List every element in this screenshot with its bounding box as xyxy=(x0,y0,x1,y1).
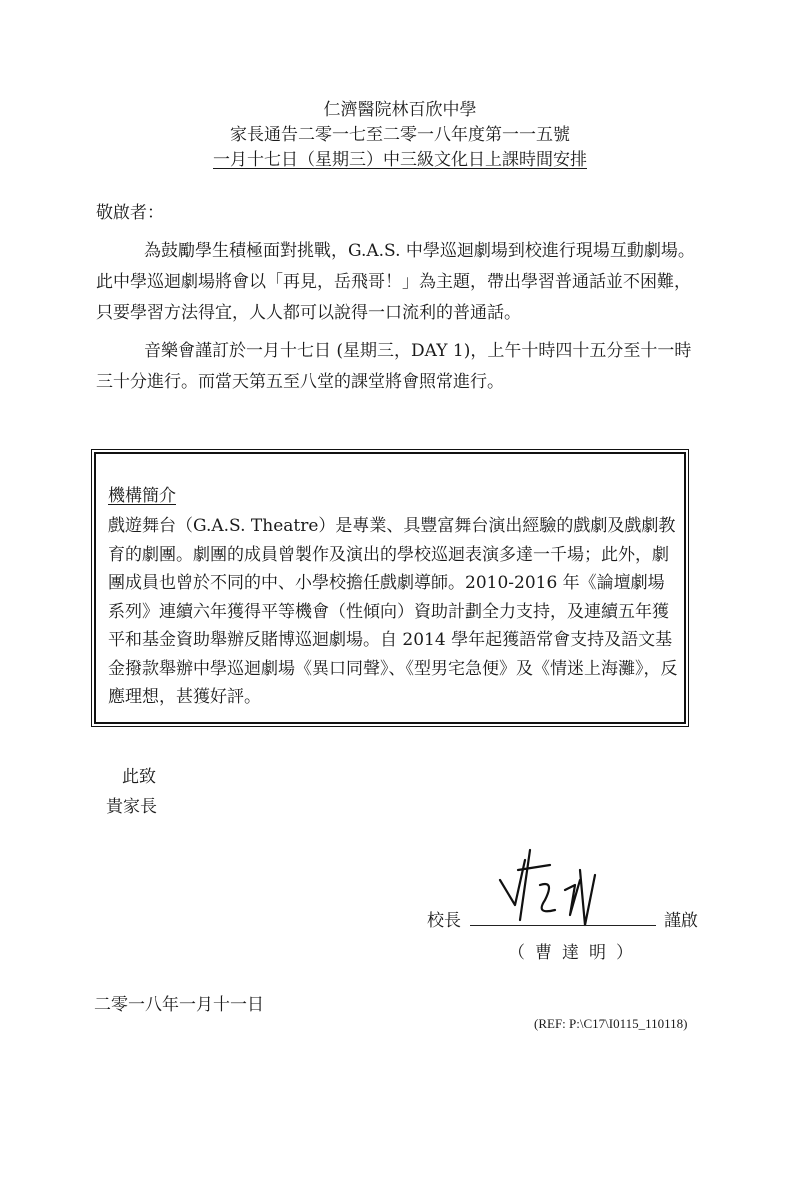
info-box-title: 機構簡介 xyxy=(108,484,176,508)
issue-date: 二零一八年一月十一日 xyxy=(94,990,264,1015)
notice-number: 家長通告二零一七至二零一八年度第一一五號 xyxy=(0,123,800,147)
principal-signature xyxy=(480,840,620,934)
paragraph-intro: 為鼓勵學生積極面對挑戰，G.A.S. 中學巡迴劇場到校進行現場互動劇場。此中學巡… xyxy=(96,236,700,329)
signature-title: 校長 xyxy=(427,906,461,931)
notice-subject: 一月十七日（星期三）中三級文化日上課時間安排 xyxy=(0,148,800,172)
closing-recipient: 貴家長 xyxy=(106,792,157,817)
signature-close: 謹啟 xyxy=(664,906,698,931)
signature-scribble-icon xyxy=(480,840,620,930)
salutation: 敬啟者： xyxy=(96,198,700,229)
info-box-body: 戲遊舞台（G.A.S. Theatre）是專業、具豐富舞台演出經驗的戲劇及戲劇教… xyxy=(108,512,678,712)
signature-line xyxy=(470,925,656,926)
closing-line: 此致 xyxy=(122,762,156,787)
principal-name: （曹達明） xyxy=(508,938,643,963)
school-name: 仁濟醫院林百欣中學 xyxy=(0,98,800,122)
reference-code: (REF: P:\C17\I0115_110118) xyxy=(534,1016,687,1032)
paragraph-schedule: 音樂會謹訂於一月十七日 (星期三，DAY 1)，上午十時四十五分至十一時三十分進… xyxy=(96,336,700,398)
